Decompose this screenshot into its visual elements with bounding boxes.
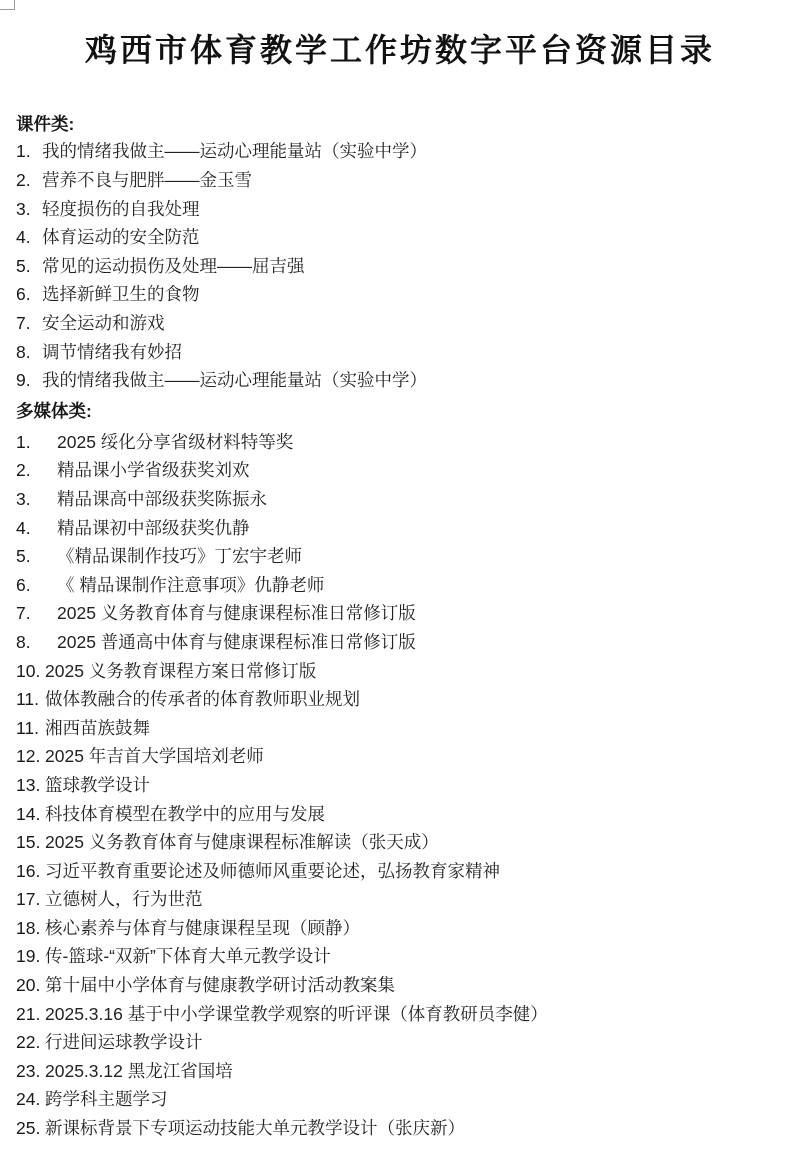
list-item: 12.2025 年吉首大学国培刘老师 <box>16 742 784 771</box>
list-item: 10.2025 义务教育课程方案日常修订版 <box>16 657 784 686</box>
list-item: 25.新课标背景下专项运动技能大单元教学设计（张庆新） <box>16 1114 784 1143</box>
list-item: 19.传-篮球-“双新”下体育大单元教学设计 <box>16 942 784 971</box>
list-item-text: 立德树人，行为世范 <box>16 885 784 914</box>
list-item: 4.精品课初中部级获奖仇静 <box>16 514 784 543</box>
list-item: 18.核心素养与体育与健康课程呈现（顾静） <box>16 914 784 943</box>
list-item: 11.做体教融合的传承者的体育教师职业规划 <box>16 685 784 714</box>
list-item-text: 精品课高中部级获奖陈振永 <box>16 485 784 514</box>
list-item: 2.营养不良与肥胖——金玉雪 <box>16 166 784 195</box>
list-item-text: 精品课小学省级获奖刘欢 <box>16 456 784 485</box>
list-item-text: 选择新鲜卫生的食物 <box>16 280 784 309</box>
list-item-text: 安全运动和游戏 <box>16 309 784 338</box>
list-item-text: 习近平教育重要论述及师德师风重要论述，弘扬教育家精神 <box>16 857 784 886</box>
document-body: 课件类: 1.我的情绪我做主——运动心理能量站（实验中学）2.营养不良与肥胖——… <box>0 111 800 1142</box>
list-item-number: 5. <box>16 542 31 571</box>
list-item: 13.篮球教学设计 <box>16 771 784 800</box>
list-item-text: 我的情绪我做主——运动心理能量站（实验中学） <box>16 137 784 166</box>
list-item-text: 2025 普通高中体育与健康课程标准日常修订版 <box>16 628 784 657</box>
list-item-number: 3. <box>16 195 31 224</box>
list-item: 11.湘西苗族鼓舞 <box>16 714 784 743</box>
courseware-list: 1.我的情绪我做主——运动心理能量站（实验中学）2.营养不良与肥胖——金玉雪3.… <box>16 137 784 394</box>
list-item-number: 8. <box>16 338 31 367</box>
section-courseware: 课件类: 1.我的情绪我做主——运动心理能量站（实验中学）2.营养不良与肥胖——… <box>16 111 784 394</box>
list-item-number: 10. <box>16 657 40 686</box>
list-item: 9.我的情绪我做主——运动心理能量站（实验中学） <box>16 366 784 395</box>
list-item-text: 传-篮球-“双新”下体育大单元教学设计 <box>16 942 784 971</box>
list-item-text: 新课标背景下专项运动技能大单元教学设计（张庆新） <box>16 1114 784 1143</box>
list-item: 8.2025 普通高中体育与健康课程标准日常修订版 <box>16 628 784 657</box>
list-item-number: 4. <box>16 514 31 543</box>
list-item-text: 跨学科主题学习 <box>16 1085 784 1114</box>
list-item: 4.体育运动的安全防范 <box>16 223 784 252</box>
list-item: 6.选择新鲜卫生的食物 <box>16 280 784 309</box>
list-item-number: 6. <box>16 280 31 309</box>
list-item: 5.常见的运动损伤及处理——屈吉强 <box>16 252 784 281</box>
list-item-number: 4. <box>16 223 31 252</box>
table-corner-mark <box>0 0 15 10</box>
list-item-number: 22. <box>16 1028 40 1057</box>
list-item: 3.轻度损伤的自我处理 <box>16 195 784 224</box>
list-item-number: 18. <box>16 914 40 943</box>
list-item-text: 《 精品课制作注意事项》仇静老师 <box>16 571 784 600</box>
page-title: 鸡西市体育教学工作坊数字平台资源目录 <box>0 21 800 71</box>
list-item-text: 调节情绪我有妙招 <box>16 338 784 367</box>
list-item-text: 核心素养与体育与健康课程呈现（顾静） <box>16 914 784 943</box>
list-item-number: 6. <box>16 571 31 600</box>
list-item: 16.习近平教育重要论述及师德师风重要论述，弘扬教育家精神 <box>16 857 784 886</box>
list-item-number: 16. <box>16 857 40 886</box>
list-item-number: 21. <box>16 1000 40 1029</box>
list-item-text: 2025 义务教育体育与健康课程标准解读（张天成） <box>16 828 784 857</box>
list-item-number: 15. <box>16 828 40 857</box>
list-item: 7.安全运动和游戏 <box>16 309 784 338</box>
list-item-number: 19. <box>16 942 40 971</box>
list-item-text: 行进间运球教学设计 <box>16 1028 784 1057</box>
list-item: 1.2025 绥化分享省级材料特等奖 <box>16 428 784 457</box>
list-item-number: 13. <box>16 771 40 800</box>
list-item-number: 2. <box>16 456 31 485</box>
list-item-text: 精品课初中部级获奖仇静 <box>16 514 784 543</box>
list-item-text: 营养不良与肥胖——金玉雪 <box>16 166 784 195</box>
list-item-text: 第十届中小学体育与健康教学研讨活动教案集 <box>16 971 784 1000</box>
document-page: 鸡西市体育教学工作坊数字平台资源目录 课件类: 1.我的情绪我做主——运动心理能… <box>0 0 800 1172</box>
list-item-text: 2025.3.16 基于中小学课堂教学观察的听评课（体育教研员李健） <box>16 1000 784 1029</box>
list-item-number: 11. <box>16 714 39 743</box>
list-item: 1.我的情绪我做主——运动心理能量站（实验中学） <box>16 137 784 166</box>
list-item-number: 7. <box>16 309 31 338</box>
list-item: 3.精品课高中部级获奖陈振永 <box>16 485 784 514</box>
list-item-number: 11. <box>16 685 39 714</box>
list-item-number: 20. <box>16 971 40 1000</box>
section-header-multimedia: 多媒体类: <box>16 398 784 424</box>
list-item: 15.2025 义务教育体育与健康课程标准解读（张天成） <box>16 828 784 857</box>
list-item: 5.《精品课制作技巧》丁宏宇老师 <box>16 542 784 571</box>
list-item: 14.科技体育模型在教学中的应用与发展 <box>16 800 784 829</box>
list-item: 23.2025.3.12 黑龙江省国培 <box>16 1057 784 1086</box>
list-item-text: 我的情绪我做主——运动心理能量站（实验中学） <box>16 366 784 395</box>
list-item: 21.2025.3.16 基于中小学课堂教学观察的听评课（体育教研员李健） <box>16 1000 784 1029</box>
list-item: 6.《 精品课制作注意事项》仇静老师 <box>16 571 784 600</box>
list-item-number: 24. <box>16 1085 40 1114</box>
list-item-number: 5. <box>16 252 31 281</box>
list-item-text: 篮球教学设计 <box>16 771 784 800</box>
list-item: 24.跨学科主题学习 <box>16 1085 784 1114</box>
list-item-text: 2025 义务教育体育与健康课程标准日常修订版 <box>16 599 784 628</box>
section-multimedia: 多媒体类: 1.2025 绥化分享省级材料特等奖2.精品课小学省级获奖刘欢3.精… <box>16 398 784 1143</box>
list-item-number: 12. <box>16 742 40 771</box>
list-item: 17.立德树人，行为世范 <box>16 885 784 914</box>
list-item: 7.2025 义务教育体育与健康课程标准日常修订版 <box>16 599 784 628</box>
list-item: 22.行进间运球教学设计 <box>16 1028 784 1057</box>
list-item-text: 《精品课制作技巧》丁宏宇老师 <box>16 542 784 571</box>
list-item-number: 25. <box>16 1114 40 1143</box>
section-header-courseware: 课件类: <box>16 111 784 137</box>
list-item: 20.第十届中小学体育与健康教学研讨活动教案集 <box>16 971 784 1000</box>
list-item-number: 1. <box>16 137 31 166</box>
list-item-number: 17. <box>16 885 40 914</box>
list-item-number: 23. <box>16 1057 40 1086</box>
list-item-number: 9. <box>16 366 31 395</box>
list-item-number: 3. <box>16 485 31 514</box>
list-item-number: 8. <box>16 628 31 657</box>
list-item-text: 做体教融合的传承者的体育教师职业规划 <box>16 685 784 714</box>
list-item-text: 体育运动的安全防范 <box>16 223 784 252</box>
list-item: 8.调节情绪我有妙招 <box>16 338 784 367</box>
list-item-text: 轻度损伤的自我处理 <box>16 195 784 224</box>
list-item-number: 1. <box>16 428 31 457</box>
list-item-number: 14. <box>16 800 40 829</box>
list-item-text: 2025.3.12 黑龙江省国培 <box>16 1057 784 1086</box>
list-item-text: 常见的运动损伤及处理——屈吉强 <box>16 252 784 281</box>
list-item: 2.精品课小学省级获奖刘欢 <box>16 456 784 485</box>
list-item-number: 2. <box>16 166 31 195</box>
multimedia-list: 1.2025 绥化分享省级材料特等奖2.精品课小学省级获奖刘欢3.精品课高中部级… <box>16 428 784 1143</box>
list-item-number: 7. <box>16 599 31 628</box>
list-item-text: 2025 绥化分享省级材料特等奖 <box>16 428 784 457</box>
list-item-text: 2025 义务教育课程方案日常修订版 <box>16 657 784 686</box>
list-item-text: 科技体育模型在教学中的应用与发展 <box>16 800 784 829</box>
list-item-text: 2025 年吉首大学国培刘老师 <box>16 742 784 771</box>
list-item-text: 湘西苗族鼓舞 <box>16 714 784 743</box>
